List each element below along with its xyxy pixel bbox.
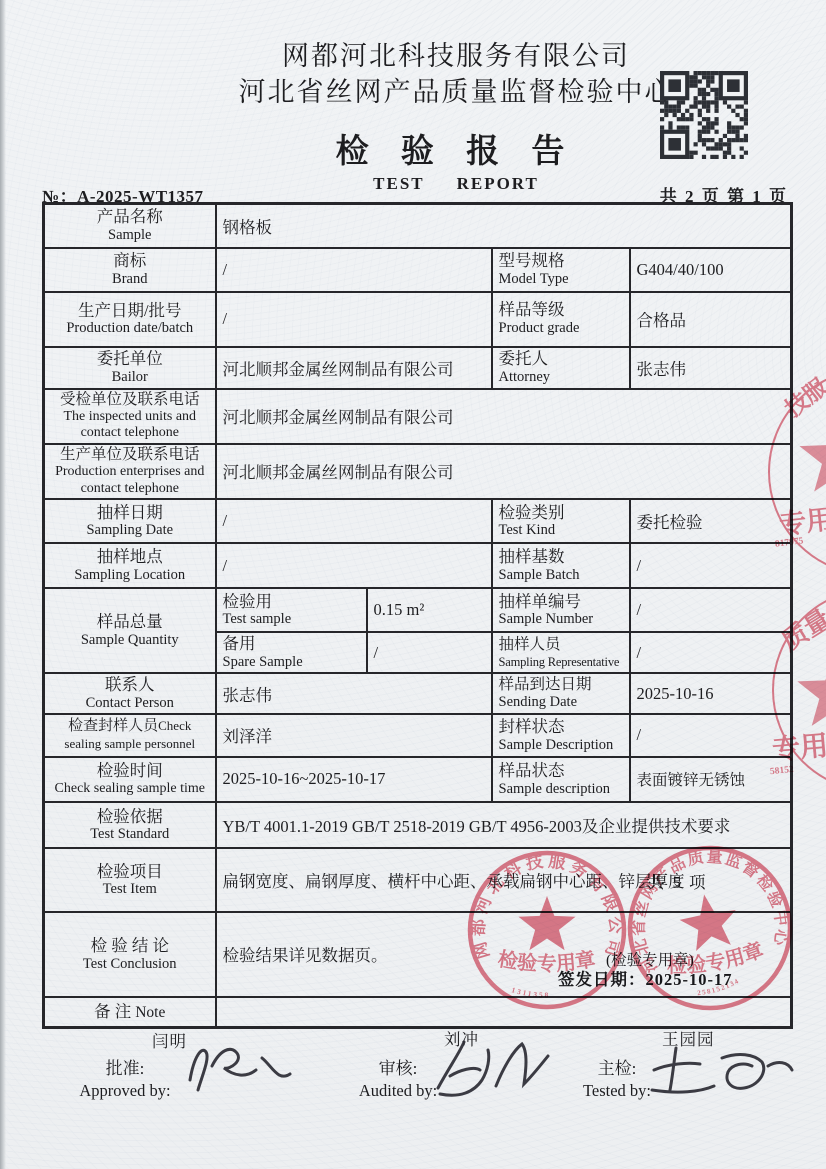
label-cell: 抽样单编号Sample Number [492, 588, 630, 632]
value-cell: G404/40/100 [630, 248, 792, 292]
stamp-serial: 817975 [774, 536, 804, 549]
row-sampling-location: 抽样地点Sampling Location / 抽样基数Sample Batch… [44, 543, 792, 588]
label-en: Spare Sample [223, 654, 360, 671]
row-sampling-date: 抽样日期Sampling Date / 检验类别Test Kind 委托检验 [44, 499, 792, 543]
label-en: Check sealing sample time [51, 781, 209, 798]
label-cn: 检验项目 [51, 862, 209, 881]
label-en: Production enterprises and contact telep… [51, 464, 209, 497]
label-en: Approved by: [55, 1080, 195, 1101]
label-cn: 检验依据 [51, 807, 209, 826]
label-en: Sample description [499, 781, 623, 798]
value-cell: / [216, 248, 492, 292]
center-round-stamp: 河北省丝网产品质量监督检验中心 检验专用章 258152134 [608, 826, 812, 1030]
label-cell: 委托人Attorney [492, 347, 630, 389]
label-cn: 生产单位及联系电话 [51, 446, 209, 464]
label-cn: 型号规格 [499, 251, 623, 271]
svg-text:258152134: 258152134 [695, 976, 742, 997]
label-en: Sample [51, 227, 209, 244]
stamp-bottom-text: 检验专用章 [496, 947, 597, 976]
label-cn: 备用 [223, 634, 360, 654]
label-cn: 抽样日期 [51, 503, 209, 522]
label-cell: 商标Brand [44, 248, 216, 292]
value-cell: 河北顺邦金属丝网制品有限公司 [216, 444, 792, 499]
row-check-sealing-personnel: 检查封样人员Check sealing sample personnel 刘泽洋… [44, 714, 792, 757]
label-cn: 产品名称 [51, 207, 209, 226]
scan-edge [0, 0, 6, 1169]
value-cell: / [216, 499, 492, 543]
value-cell: / [630, 632, 792, 673]
row-test-standard: 检验依据Test Standard YB/T 4001.1-2019 GB/T … [44, 802, 792, 848]
qr-code-icon [660, 71, 748, 159]
label-cell: 样品到达日期Sending Date [492, 673, 630, 714]
label-en: Test Kind [499, 522, 623, 539]
label-cell: 产品名称Sample [44, 204, 216, 248]
star-icon [792, 414, 826, 506]
label-cell: 备 注 Note [44, 997, 216, 1028]
label-cell: 检验时间Check sealing sample time [44, 757, 216, 802]
row-production-date: 生产日期/批号Production date/batch / 样品等级Produ… [44, 292, 792, 347]
label-cell: 检查封样人员Check sealing sample personnel [44, 714, 216, 757]
label-cell: 抽样日期Sampling Date [44, 499, 216, 543]
label-cell: 样品总量Sample Quantity [44, 588, 216, 673]
label-en: Sample Number [499, 611, 623, 628]
label-cn: 检验用 [223, 592, 360, 612]
row-contact-person: 联系人Contact Person 张志伟 样品到达日期Sending Date… [44, 673, 792, 714]
label-en: Product grade [499, 320, 623, 337]
label-cn: 生产日期/批号 [51, 301, 209, 320]
label-cn: 样品到达日期 [499, 676, 623, 695]
value-cell: 张志伟 [630, 347, 792, 389]
label-en: Test sample [223, 611, 360, 628]
label-cn: 检验类别 [499, 503, 623, 523]
label-en: Sampling Representative [499, 655, 623, 670]
label-cn: 联系人 [51, 675, 209, 694]
label-cell: 生产日期/批号Production date/batch [44, 292, 216, 347]
label-cell: 样品等级Product grade [492, 292, 630, 347]
label-cn: 样品总量 [51, 612, 209, 631]
value-cell: 2025-10-16 [630, 673, 792, 714]
stamp-fragment: 专用 [770, 724, 826, 769]
row-inspected-unit: 受检单位及联系电话The inspected units and contact… [44, 389, 792, 444]
label-en: Sample Batch [499, 567, 623, 584]
label-cn: 封样状态 [499, 717, 623, 737]
row-brand: 商标Brand / 型号规格Model Type G404/40/100 [44, 248, 792, 292]
row-test-time: 检验时间Check sealing sample time 2025-10-16… [44, 757, 792, 802]
value-cell: / [367, 632, 492, 673]
label-cn: 检 验 结 论 [51, 936, 209, 955]
value-cell: / [630, 714, 792, 757]
label-en: Sending Date [499, 694, 623, 711]
label-cn: 样品等级 [499, 300, 623, 320]
label-cell: 委托单位Bailor [44, 347, 216, 389]
label-cell: 检验依据Test Standard [44, 802, 216, 848]
star-icon [676, 890, 742, 953]
label-cn: 样品状态 [499, 761, 623, 781]
value-cell: 表面镀锌无锈蚀 [630, 757, 792, 802]
label-cn: 批准: [55, 1058, 195, 1080]
label-cn: 备 注 [94, 1002, 131, 1021]
value-cell: / [630, 588, 792, 632]
row-sample-quantity-test: 样品总量Sample Quantity 检验用Test sample 0.15 … [44, 588, 792, 632]
label-en: Attorney [499, 369, 623, 386]
label-cn: 抽样地点 [51, 547, 209, 566]
value-cell: 合格品 [630, 292, 792, 347]
label-cell: 抽样地点Sampling Location [44, 543, 216, 588]
label-cell: 检验类别Test Kind [492, 499, 630, 543]
value-cell: 钢格板 [216, 204, 792, 248]
label-cell: 受检单位及联系电话The inspected units and contact… [44, 389, 216, 444]
stamp-fragment: 专用 [777, 497, 826, 541]
label-en: Bailor [51, 369, 209, 386]
svg-text:检验专用章: 检验专用章 [663, 937, 767, 983]
tester-signature [648, 1040, 796, 1098]
label-cell: 抽样基数Sample Batch [492, 543, 630, 588]
label-en: Sample Description [499, 737, 623, 754]
label-cell: 封样状态Sample Description [492, 714, 630, 757]
approved-by-label: 批准:Approved by: [55, 1058, 195, 1102]
value-cell: / [216, 543, 492, 588]
value-cell: 委托检验 [630, 499, 792, 543]
label-en: Sample Quantity [51, 632, 209, 649]
label-cn: 检验时间 [51, 761, 209, 780]
label-cn: 抽样单编号 [499, 592, 623, 612]
label-en: Contact Person [51, 695, 209, 712]
star-icon [518, 896, 575, 950]
row-bailor: 委托单位Bailor 河北顺邦金属丝网制品有限公司 委托人Attorney 张志… [44, 347, 792, 389]
svg-text:检验专用章: 检验专用章 [496, 947, 597, 976]
row-sample: 产品名称Sample 钢格板 [44, 204, 792, 248]
test-report-page: 网都河北科技服务有限公司 河北省丝网产品质量监督检验中心 检 验 报 告 TES… [0, 0, 826, 1169]
label-cell: 联系人Contact Person [44, 673, 216, 714]
label-cn: 商标 [51, 251, 209, 270]
stamp-serial: 1311358 [510, 985, 550, 999]
label-cn: 抽样基数 [499, 547, 623, 567]
label-cn: 委托人 [499, 349, 623, 369]
label-cn: 抽样人员 [499, 636, 623, 655]
row-production-unit: 生产单位及联系电话Production enterprises and cont… [44, 444, 792, 499]
approver-signature [182, 1036, 297, 1098]
value-cell: 刘泽洋 [216, 714, 492, 757]
label-en: Brand [51, 271, 209, 288]
auditor-signature [428, 1034, 553, 1104]
company-name-line1: 网都河北科技服务有限公司 [43, 38, 826, 74]
value-cell: 张志伟 [216, 673, 492, 714]
value-cell: 2025-10-16~2025-10-17 [216, 757, 492, 802]
value-cell: / [216, 292, 492, 347]
label-en: Sampling Location [51, 567, 209, 584]
label-cell: 检 验 结 论Test Conclusion [44, 912, 216, 997]
stamp-serial: 258152134 [695, 976, 742, 997]
label-cn: 受检单位及联系电话 [51, 391, 209, 409]
stamp-bottom-text: 检验专用章 [663, 937, 767, 983]
label-cell: 检验项目Test Item [44, 848, 216, 912]
label-en: Test Standard [51, 826, 209, 843]
value-cell: / [630, 543, 792, 588]
label-cell: 抽样人员Sampling Representative [492, 632, 630, 673]
label-cn: 委托单位 [51, 349, 209, 368]
value-cell: 河北顺邦金属丝网制品有限公司 [216, 347, 492, 389]
label-cell: 样品状态Sample description [492, 757, 630, 802]
svg-text:1311358: 1311358 [510, 985, 550, 999]
label-cell: 备用Spare Sample [216, 632, 367, 673]
label-cell: 型号规格Model Type [492, 248, 630, 292]
label-en: Sampling Date [51, 522, 209, 539]
label-en: Production date/batch [51, 320, 209, 337]
label-cn: 检查封样人员 [68, 718, 158, 734]
label-en: Test Conclusion [51, 956, 209, 973]
label-en: Test Item [51, 881, 209, 898]
label-en: Note [135, 1004, 165, 1021]
label-cell: 检验用Test sample [216, 588, 367, 632]
value-cell: 河北顺邦金属丝网制品有限公司 [216, 389, 792, 444]
value-cell: 0.15 m² [367, 588, 492, 632]
label-cell: 生产单位及联系电话Production enterprises and cont… [44, 444, 216, 499]
label-en: The inspected units and contact telephon… [51, 409, 209, 442]
label-en: Model Type [499, 271, 623, 288]
company-round-stamp: 网都河北科技服务有限公司 检验专用章 1311358 [463, 846, 631, 1014]
